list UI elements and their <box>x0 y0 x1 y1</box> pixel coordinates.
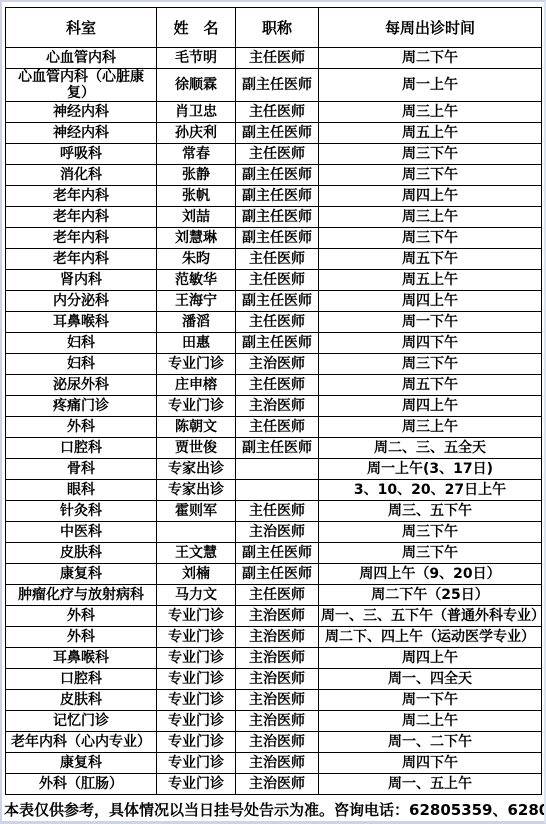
table-row: 耳鼻喉科专业门诊主治医师周四上午 <box>6 648 542 669</box>
table-row: 神经内科肖卫忠主任医师周三上午 <box>6 102 542 123</box>
name-cell: 专业门诊 <box>157 732 236 753</box>
table-row: 神经内科孙庆利副主任医师周五上午 <box>6 123 542 144</box>
table-row: 康复科专业门诊主治医师周四下午 <box>6 753 542 774</box>
title-cell: 副主任医师 <box>236 291 319 312</box>
name-cell: 贾世俊 <box>157 438 236 459</box>
time-cell: 周三下午 <box>319 165 542 186</box>
table-row: 老年内科刘喆副主任医师周三上午 <box>6 207 542 228</box>
title-cell: 主治医师 <box>236 753 319 774</box>
title-cell: 主任医师 <box>236 585 319 606</box>
name-cell: 田惠 <box>157 333 236 354</box>
table-row: 中医科主治医师周三下午 <box>6 522 542 543</box>
time-cell: 周四下午 <box>319 753 542 774</box>
table-row: 疼痛门诊专业门诊主治医师周四上午 <box>6 396 542 417</box>
dept-cell: 老年内科 <box>6 249 157 270</box>
table-row: 针灸科霍则军主任医师周三、五下午 <box>6 501 542 522</box>
time-cell: 周一、四全天 <box>319 669 542 690</box>
title-cell: 主治医师 <box>236 522 319 543</box>
title-cell: 主任医师 <box>236 102 319 123</box>
dept-cell: 皮肤科 <box>6 543 157 564</box>
name-cell: 刘楠 <box>157 564 236 585</box>
title-cell: 主治医师 <box>236 627 319 648</box>
time-cell: 周三上午 <box>319 102 542 123</box>
column-header-name: 姓 名 <box>157 8 236 48</box>
time-cell: 周三下午 <box>319 144 542 165</box>
dept-cell: 疼痛门诊 <box>6 396 157 417</box>
title-cell: 副主任医师 <box>236 438 319 459</box>
table-row: 口腔科专业门诊主治医师周一、四全天 <box>6 669 542 690</box>
time-cell: 周二下、四上午（运动医学专业） <box>319 627 542 648</box>
name-cell: 潘滔 <box>157 312 236 333</box>
dept-cell: 妇科 <box>6 333 157 354</box>
dept-cell: 口腔科 <box>6 669 157 690</box>
dept-cell: 老年内科 <box>6 228 157 249</box>
time-cell: 周一下午 <box>319 312 542 333</box>
name-cell: 专业门诊 <box>157 711 236 732</box>
name-cell: 常春 <box>157 144 236 165</box>
time-cell: 周四上午 <box>319 291 542 312</box>
name-cell: 范敏华 <box>157 270 236 291</box>
time-cell: 周二下午（25日） <box>319 585 542 606</box>
dept-cell: 心血管内科（心脏康复） <box>6 69 157 102</box>
time-cell: 周三下午 <box>319 354 542 375</box>
title-cell: 主治医师 <box>236 396 319 417</box>
title-cell <box>236 459 319 480</box>
column-header-time: 每周出诊时间 <box>319 8 542 48</box>
name-cell: 专业门诊 <box>157 354 236 375</box>
time-cell: 3、10、20、27日上午 <box>319 480 542 501</box>
name-cell: 孙庆利 <box>157 123 236 144</box>
table-row: 记忆门诊专业门诊主治医师周二上午 <box>6 711 542 732</box>
name-cell: 毛节明 <box>157 48 236 69</box>
time-cell: 周三上午 <box>319 417 542 438</box>
table-row: 康复科刘楠副主任医师周四上午（9、20日） <box>6 564 542 585</box>
time-cell: 周四上午（9、20日） <box>319 564 542 585</box>
table-row: 心血管内科毛节明主任医师周二下午 <box>6 48 542 69</box>
column-header-dept: 科室 <box>6 8 157 48</box>
time-cell: 周二上午 <box>319 711 542 732</box>
time-cell: 周一上午 <box>319 69 542 102</box>
dept-cell: 耳鼻喉科 <box>6 648 157 669</box>
dept-cell: 神经内科 <box>6 123 157 144</box>
table-row: 呼吸科常春主任医师周三下午 <box>6 144 542 165</box>
table-header: 科室姓 名职称每周出诊时间 <box>6 8 542 48</box>
time-cell: 周五下午 <box>319 375 542 396</box>
name-cell <box>157 522 236 543</box>
table-row: 心血管内科（心脏康复）徐顺霖副主任医师周一上午 <box>6 69 542 102</box>
name-cell: 庄申榕 <box>157 375 236 396</box>
name-cell: 霍则军 <box>157 501 236 522</box>
dept-cell: 内分泌科 <box>6 291 157 312</box>
table-row: 妇科专业门诊主治医师周三下午 <box>6 354 542 375</box>
time-cell: 周二下午 <box>319 48 542 69</box>
dept-cell: 肾内科 <box>6 270 157 291</box>
title-cell: 副主任医师 <box>236 69 319 102</box>
name-cell: 张静 <box>157 165 236 186</box>
time-cell: 周二、三、五全天 <box>319 438 542 459</box>
table-row: 皮肤科专业门诊主治医师周一下午 <box>6 690 542 711</box>
schedule-page: { "page": { "background": "#ffffff", "ed… <box>0 0 546 824</box>
dept-cell: 外科 <box>6 627 157 648</box>
dept-cell: 泌尿外科 <box>6 375 157 396</box>
name-cell: 专家出诊 <box>157 459 236 480</box>
dept-cell: 老年内科 <box>6 186 157 207</box>
disclaimer-and-phone-note: 本表仅供参考，具体情况以当日挂号处告示为准。咨询电话：62805359、6280… <box>4 799 544 820</box>
time-cell: 周三、五下午 <box>319 501 542 522</box>
title-cell: 主治医师 <box>236 774 319 795</box>
dept-cell: 心血管内科 <box>6 48 157 69</box>
dept-cell: 呼吸科 <box>6 144 157 165</box>
time-cell: 周五下午 <box>319 249 542 270</box>
table-row: 口腔科贾世俊副主任医师周二、三、五全天 <box>6 438 542 459</box>
title-cell: 主任医师 <box>236 417 319 438</box>
time-cell: 周四上午 <box>319 648 542 669</box>
time-cell: 周一下午 <box>319 690 542 711</box>
name-cell: 专业门诊 <box>157 648 236 669</box>
dept-cell: 针灸科 <box>6 501 157 522</box>
name-cell: 专业门诊 <box>157 669 236 690</box>
dept-cell: 康复科 <box>6 753 157 774</box>
name-cell: 王海宁 <box>157 291 236 312</box>
dept-cell: 老年内科（心内专业） <box>6 732 157 753</box>
table-row: 内分泌科王海宁副主任医师周四上午 <box>6 291 542 312</box>
time-cell: 周四上午 <box>319 396 542 417</box>
table-row: 眼科专家出诊3、10、20、27日上午 <box>6 480 542 501</box>
name-cell: 朱昀 <box>157 249 236 270</box>
title-cell: 主任医师 <box>236 144 319 165</box>
time-cell: 周一、五上午 <box>319 774 542 795</box>
table-row: 肾内科范敏华主任医师周五上午 <box>6 270 542 291</box>
table-row: 外科专业门诊主治医师周一、三、五下午（普通外科专业） <box>6 606 542 627</box>
dept-cell: 口腔科 <box>6 438 157 459</box>
time-cell: 周四上午 <box>319 186 542 207</box>
dept-cell: 耳鼻喉科 <box>6 312 157 333</box>
clinic-schedule-table: 科室姓 名职称每周出诊时间 心血管内科毛节明主任医师周二下午心血管内科（心脏康复… <box>5 7 542 795</box>
title-cell: 副主任医师 <box>236 228 319 249</box>
name-cell: 专业门诊 <box>157 606 236 627</box>
table-row: 耳鼻喉科潘滔主任医师周一下午 <box>6 312 542 333</box>
dept-cell: 老年内科 <box>6 207 157 228</box>
title-cell: 主治医师 <box>236 711 319 732</box>
dept-cell: 外科 <box>6 417 157 438</box>
header-row: 科室姓 名职称每周出诊时间 <box>6 8 542 48</box>
time-cell: 周一、二下午 <box>319 732 542 753</box>
name-cell: 专业门诊 <box>157 396 236 417</box>
name-cell: 肖卫忠 <box>157 102 236 123</box>
time-cell: 周三下午 <box>319 543 542 564</box>
title-cell: 主治医师 <box>236 354 319 375</box>
title-cell: 主治医师 <box>236 648 319 669</box>
title-cell: 主任医师 <box>236 312 319 333</box>
dept-cell: 消化科 <box>6 165 157 186</box>
table-row: 外科陈朝文主任医师周三上午 <box>6 417 542 438</box>
name-cell: 刘慧琳 <box>157 228 236 249</box>
time-cell: 周一上午(3、17日) <box>319 459 542 480</box>
name-cell: 陈朝文 <box>157 417 236 438</box>
time-cell: 周三下午 <box>319 522 542 543</box>
table-row: 外科（肛肠）专业门诊主治医师周一、五上午 <box>6 774 542 795</box>
dept-cell: 眼科 <box>6 480 157 501</box>
name-cell: 专业门诊 <box>157 753 236 774</box>
dept-cell: 记忆门诊 <box>6 711 157 732</box>
title-cell: 副主任医师 <box>236 165 319 186</box>
table-row: 妇科田惠副主任医师周四下午 <box>6 333 542 354</box>
table-row: 老年内科张帆副主任医师周四上午 <box>6 186 542 207</box>
title-cell: 副主任医师 <box>236 333 319 354</box>
name-cell: 专家出诊 <box>157 480 236 501</box>
time-cell: 周一、三、五下午（普通外科专业） <box>319 606 542 627</box>
title-cell: 主治医师 <box>236 690 319 711</box>
name-cell: 张帆 <box>157 186 236 207</box>
schedule-table-body: 心血管内科毛节明主任医师周二下午心血管内科（心脏康复）徐顺霖副主任医师周一上午神… <box>6 48 542 795</box>
title-cell: 副主任医师 <box>236 564 319 585</box>
table-row: 肿瘤化疗与放射病科马力文主任医师周二下午（25日） <box>6 585 542 606</box>
table-row: 老年内科（心内专业）专业门诊主治医师周一、二下午 <box>6 732 542 753</box>
table-row: 老年内科朱昀主任医师周五下午 <box>6 249 542 270</box>
dept-cell: 骨科 <box>6 459 157 480</box>
title-cell: 主任医师 <box>236 270 319 291</box>
dept-cell: 皮肤科 <box>6 690 157 711</box>
dept-cell: 中医科 <box>6 522 157 543</box>
time-cell: 周五上午 <box>319 270 542 291</box>
dept-cell: 外科 <box>6 606 157 627</box>
title-cell: 副主任医师 <box>236 207 319 228</box>
table-row: 骨科专家出诊周一上午(3、17日) <box>6 459 542 480</box>
name-cell: 专业门诊 <box>157 690 236 711</box>
table-row: 外科专业门诊主治医师周二下、四上午（运动医学专业） <box>6 627 542 648</box>
time-cell: 周四下午 <box>319 333 542 354</box>
name-cell: 专业门诊 <box>157 774 236 795</box>
title-cell: 副主任医师 <box>236 186 319 207</box>
table-row: 皮肤科王文慧副主任医师周三下午 <box>6 543 542 564</box>
column-header-title: 职称 <box>236 8 319 48</box>
title-cell: 主治医师 <box>236 669 319 690</box>
name-cell: 马力文 <box>157 585 236 606</box>
name-cell: 刘喆 <box>157 207 236 228</box>
table-row: 消化科张静副主任医师周三下午 <box>6 165 542 186</box>
dept-cell: 康复科 <box>6 564 157 585</box>
title-cell: 副主任医师 <box>236 123 319 144</box>
table-row: 老年内科刘慧琳副主任医师周三下午 <box>6 228 542 249</box>
name-cell: 王文慧 <box>157 543 236 564</box>
title-cell: 主治医师 <box>236 732 319 753</box>
dept-cell: 神经内科 <box>6 102 157 123</box>
time-cell: 周三下午 <box>319 228 542 249</box>
dept-cell: 外科（肛肠） <box>6 774 157 795</box>
title-cell: 副主任医师 <box>236 543 319 564</box>
title-cell: 主任医师 <box>236 48 319 69</box>
title-cell <box>236 480 319 501</box>
title-cell: 主治医师 <box>236 606 319 627</box>
dept-cell: 肿瘤化疗与放射病科 <box>6 585 157 606</box>
table-row: 泌尿外科庄申榕主任医师周五下午 <box>6 375 542 396</box>
title-cell: 主任医师 <box>236 249 319 270</box>
title-cell: 主任医师 <box>236 375 319 396</box>
name-cell: 徐顺霖 <box>157 69 236 102</box>
name-cell: 专业门诊 <box>157 627 236 648</box>
dept-cell: 妇科 <box>6 354 157 375</box>
time-cell: 周五上午 <box>319 123 542 144</box>
title-cell: 主任医师 <box>236 501 319 522</box>
time-cell: 周三上午 <box>319 207 542 228</box>
